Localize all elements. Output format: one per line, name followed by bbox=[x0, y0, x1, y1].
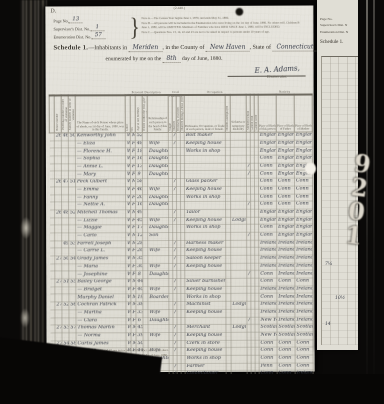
cell-b2: England bbox=[276, 140, 294, 148]
cell-name: — Emma bbox=[75, 187, 125, 195]
cell-fam bbox=[69, 271, 76, 279]
cell-dw: 51 bbox=[62, 279, 69, 287]
cell-hno: 262 bbox=[54, 133, 61, 141]
cell-hl bbox=[231, 317, 247, 325]
cell-occ: Keeping house bbox=[185, 286, 226, 294]
cell-hl bbox=[231, 209, 247, 217]
note-line: Note C.—Questions Nos. 13, 14, 22 and 23… bbox=[141, 29, 299, 34]
cell-b3: Conn bbox=[295, 340, 313, 348]
col-header-dw: Dwelling number in order of visitation bbox=[61, 95, 68, 133]
cell-b1: England bbox=[258, 148, 276, 156]
col-header-text: House number bbox=[56, 114, 59, 132]
cell-age: 46 bbox=[135, 186, 142, 194]
cell-name: — Norma bbox=[76, 333, 126, 341]
cell-b2: England bbox=[276, 155, 294, 163]
col-header-text: Widowed, Divorced bbox=[177, 107, 180, 131]
cell-name: — Nettie A. bbox=[76, 202, 126, 210]
cell-hno bbox=[55, 264, 62, 272]
cell-hno bbox=[55, 194, 62, 202]
cell-fam: 50 bbox=[68, 133, 75, 141]
cell-name: — Maggie bbox=[76, 225, 126, 233]
cell-occ: Works in shop bbox=[185, 225, 226, 233]
cell-occ: Keeping house bbox=[184, 140, 225, 148]
cell-fam: 55 bbox=[69, 279, 76, 287]
cell-rel: Daughter bbox=[147, 171, 168, 179]
cell-b2: Ireland bbox=[277, 301, 295, 309]
col-header-text: If born within the year, give month bbox=[143, 97, 148, 131]
cell-dw bbox=[61, 187, 68, 195]
next-page-title: Schedule 1. bbox=[320, 40, 343, 45]
cell-age: 49 bbox=[136, 210, 143, 218]
cell-dw bbox=[62, 217, 69, 225]
cell-b1: Ireland bbox=[259, 309, 277, 317]
cell-hno: 268 bbox=[55, 210, 62, 218]
film-scratch bbox=[366, 0, 368, 404]
cell-rel: Wife bbox=[148, 248, 169, 256]
cell-rel bbox=[148, 302, 169, 310]
cell-name: Farrell Joseph bbox=[76, 240, 126, 248]
cell-hno bbox=[54, 187, 61, 195]
cell-dw: 47 bbox=[61, 179, 68, 187]
cell-name: — Florence H. bbox=[75, 148, 125, 156]
cell-b1: England bbox=[259, 209, 277, 217]
cell-b3: England bbox=[294, 132, 312, 140]
cell-name: Thomas Martin bbox=[76, 325, 126, 333]
census-scan-screen: D. (2-448.) Page No. 13Supervisor's Dist… bbox=[0, 0, 384, 404]
cell-age: 13 bbox=[135, 163, 142, 171]
cell-age: 52 bbox=[135, 133, 142, 141]
cell-age: 19 bbox=[136, 294, 143, 302]
cell-b1: Penn bbox=[259, 363, 277, 371]
cell-b1: Conn bbox=[259, 340, 277, 348]
cell-rel bbox=[147, 133, 168, 141]
cell-hno bbox=[55, 271, 62, 279]
cell-b2: Ireland bbox=[277, 240, 295, 248]
cell-fam bbox=[69, 287, 76, 295]
cell-hl: Lodging house bbox=[231, 324, 247, 332]
cell-fam bbox=[68, 156, 75, 164]
cell-hno bbox=[55, 233, 62, 241]
film-flaw-blob bbox=[305, 162, 316, 175]
cell-fam bbox=[69, 217, 76, 225]
cell-age: 16 bbox=[136, 202, 143, 210]
cell-b3: Scotland bbox=[295, 324, 313, 332]
table-body: 2624650Kenworthy JohnWM52/Bolt makerEngl… bbox=[49, 132, 313, 379]
cell-age: 33 bbox=[136, 309, 143, 317]
cell-hl bbox=[230, 163, 246, 171]
cell-b3: Conn bbox=[295, 363, 313, 371]
cell-rel: Wife bbox=[148, 332, 169, 340]
cell-hl bbox=[231, 271, 247, 279]
cell-dw bbox=[62, 333, 69, 341]
district-label: Page No. bbox=[53, 18, 68, 23]
cell-b1: Conn bbox=[259, 224, 277, 232]
cell-occ: Harness maker bbox=[185, 240, 226, 248]
cell-b1: England bbox=[258, 140, 276, 148]
cell-dw bbox=[61, 148, 68, 156]
cell-occ bbox=[185, 271, 226, 279]
cell-occ: Keeping house bbox=[184, 186, 225, 194]
cell-fam bbox=[68, 171, 75, 179]
cell-fam bbox=[69, 294, 76, 302]
district-label: Supervisor's Dist. No. bbox=[53, 26, 90, 31]
cell-b3: England bbox=[295, 224, 313, 232]
cell-hl bbox=[231, 294, 247, 302]
cell-dw bbox=[62, 310, 69, 318]
cell-occ bbox=[184, 155, 225, 163]
cell-rel bbox=[148, 240, 169, 248]
cell-hno bbox=[55, 225, 62, 233]
next-page-head-line: Enumeration Dist. N bbox=[320, 29, 358, 35]
cell-hno bbox=[55, 333, 62, 341]
cell-hno bbox=[55, 317, 62, 325]
cell-fam bbox=[69, 333, 76, 341]
cell-b1: Conn bbox=[259, 232, 277, 240]
cell-b1: Conn bbox=[258, 186, 276, 194]
cell-b1: Conn bbox=[258, 163, 276, 171]
cell-name: Murphy Daniel bbox=[76, 294, 126, 302]
cell-dw bbox=[62, 248, 69, 256]
cell-name: — Annie L. bbox=[75, 163, 125, 171]
printed-notes: Note A.—The Census Year begins June 1, 1… bbox=[141, 16, 299, 35]
cell-occ: Silver burnisher bbox=[185, 278, 226, 286]
col-header-text: Married bbox=[173, 121, 176, 131]
col-header-text: Dwelling number in order of visitation bbox=[62, 97, 69, 131]
film-scratch bbox=[373, 0, 375, 404]
next-page-handwriting: 14 bbox=[325, 322, 331, 327]
cell-b1: Ireland bbox=[259, 247, 277, 255]
cell-b2: Conn bbox=[276, 178, 294, 186]
cell-hl bbox=[230, 140, 246, 148]
form-number: (2-448.) bbox=[45, 6, 313, 11]
cell-hno bbox=[55, 294, 62, 302]
district-row: Enumeration Dist. No. 57 bbox=[53, 31, 127, 39]
cell-rel: Daughter bbox=[147, 148, 168, 156]
district-value: 13 bbox=[69, 16, 83, 23]
cell-dw bbox=[61, 171, 68, 179]
cell-b2: Conn bbox=[277, 340, 295, 348]
cell-name: Grady James bbox=[76, 256, 126, 264]
cell-hl bbox=[230, 186, 246, 194]
col-header-b1: Place of Birth of this person bbox=[258, 95, 276, 133]
cell-rel: Daughter bbox=[148, 202, 169, 210]
cell-fam bbox=[68, 164, 75, 172]
cell-b3: Ireland bbox=[295, 270, 313, 278]
cell-occ: Farmer bbox=[185, 363, 226, 371]
cell-b3: England bbox=[295, 209, 313, 217]
next-page-handwriting: 10½ bbox=[335, 296, 345, 301]
cell-name: Mitchell Thomas bbox=[76, 210, 126, 218]
cell-rel: Wife bbox=[148, 309, 169, 317]
cell-rel: Daughter bbox=[148, 317, 169, 325]
cell-b1: Ireland bbox=[259, 286, 277, 294]
cell-hl: Lodging house bbox=[231, 217, 247, 225]
cell-age: 17 bbox=[136, 225, 143, 233]
cell-fam bbox=[69, 194, 76, 202]
cell-occ: Works in shop bbox=[184, 148, 225, 156]
cell-hl bbox=[231, 240, 247, 248]
cell-occ: Glass packer bbox=[184, 178, 225, 186]
cell-hno bbox=[55, 217, 62, 225]
cell-age: 28 bbox=[136, 240, 143, 248]
cell-hno bbox=[55, 241, 62, 249]
cell-b2: Ireland bbox=[277, 247, 295, 255]
cell-b3: Ireland bbox=[295, 240, 313, 248]
cell-hl bbox=[230, 148, 246, 156]
col-header-hl: Sickness or temporary disability bbox=[230, 95, 246, 133]
cell-fam: 53 bbox=[69, 240, 76, 248]
cell-occ: Works in shop bbox=[185, 194, 226, 202]
next-page-header: Page No.Supervisor's Dist. NEnumeration … bbox=[320, 16, 358, 35]
cell-b2: Scotland bbox=[277, 324, 295, 332]
day-value: 8th bbox=[163, 55, 181, 63]
col-header-name: The Name of each Person whose place of a… bbox=[75, 95, 125, 133]
cell-age: 58 bbox=[135, 179, 142, 187]
cell-b2: Conn bbox=[276, 186, 294, 194]
cell-dw bbox=[62, 225, 69, 233]
cell-dw bbox=[61, 164, 68, 172]
cell-b1: Scotland bbox=[259, 324, 277, 332]
cell-hl bbox=[231, 232, 247, 240]
cell-name: — Maria bbox=[76, 263, 126, 271]
cell-b2: Ireland bbox=[277, 317, 295, 325]
cell-name: — Martha bbox=[76, 310, 126, 318]
cell-name: — Clara bbox=[76, 317, 126, 325]
cell-dw bbox=[62, 194, 69, 202]
next-page-handwriting: 7¼ bbox=[325, 262, 332, 267]
col-header-text: Single bbox=[169, 123, 172, 131]
col-header-b2: Place of Birth of Father bbox=[276, 95, 294, 133]
cell-age: 26 bbox=[136, 248, 143, 256]
cell-b3: Ireland bbox=[295, 309, 313, 317]
cell-b2: Ireland bbox=[277, 270, 295, 278]
col-header-text: Color bbox=[126, 124, 129, 131]
cell-age: 50 bbox=[136, 340, 143, 348]
cell-b2: Ireland bbox=[277, 255, 295, 263]
cell-hl bbox=[231, 278, 247, 286]
cell-name: — Carlo bbox=[76, 233, 126, 241]
cell-age: 20 bbox=[136, 194, 143, 202]
cell-age: 45 bbox=[136, 325, 143, 333]
col-header-b3: Place of Birth of Mother bbox=[294, 95, 312, 133]
cell-hno bbox=[55, 202, 62, 210]
cell-occ: Tailor bbox=[185, 209, 226, 217]
cell-fam: 52 bbox=[69, 210, 76, 218]
col-header-rel: Relationship of each person to the head … bbox=[147, 95, 168, 133]
cell-fam bbox=[69, 225, 76, 233]
cell-hno bbox=[54, 148, 61, 156]
cell-b1: Conn bbox=[259, 278, 277, 286]
cell-hno bbox=[55, 310, 62, 318]
cell-name: — Sophia bbox=[75, 156, 125, 164]
cell-hl bbox=[231, 255, 247, 263]
col-header-text: Months unemployed bbox=[226, 106, 229, 131]
cell-hl bbox=[231, 225, 247, 233]
cell-age: 35 bbox=[136, 256, 143, 264]
cell-b2: Conn bbox=[277, 278, 295, 286]
cell-b1: Conn bbox=[258, 155, 276, 163]
cell-b1: Conn bbox=[259, 201, 277, 209]
cell-rel: Wife bbox=[147, 186, 168, 194]
cell-dw bbox=[62, 294, 69, 302]
cell-fam bbox=[69, 202, 76, 210]
cell-age: 18 bbox=[135, 148, 142, 156]
cell-rel: Daughter bbox=[148, 271, 169, 279]
cell-hl bbox=[231, 194, 247, 202]
cell-b2: England bbox=[276, 132, 294, 140]
cell-b3: Conn bbox=[294, 178, 312, 186]
cell-b1: Conn bbox=[259, 194, 277, 202]
cell-name: — Carrie L. bbox=[76, 248, 126, 256]
census-table: House numberDwelling number in order of … bbox=[49, 94, 314, 380]
cell-age: 38 bbox=[136, 302, 143, 310]
cell-occ bbox=[184, 163, 225, 171]
district-block: Page No. 13Supervisor's Dist. No. 1Enume… bbox=[53, 15, 127, 39]
cell-name: Bailey George bbox=[76, 279, 126, 287]
cell-name: Kenworthy John bbox=[75, 133, 125, 141]
cell-age: 9 bbox=[135, 171, 142, 179]
cell-b3: Ireland bbox=[295, 247, 313, 255]
col-header-text: Cannot read bbox=[251, 116, 254, 131]
col-header-text: Sex bbox=[131, 127, 134, 132]
cell-b3: Scotland bbox=[295, 332, 313, 340]
cell-name: — Mary bbox=[75, 171, 125, 179]
cell-b2: England bbox=[276, 171, 294, 179]
cell-fam bbox=[69, 264, 76, 272]
state-value: Connecticut bbox=[272, 44, 317, 52]
col-header-mo: If born within the year, give month bbox=[142, 95, 147, 133]
cell-b2: England bbox=[276, 163, 294, 171]
cell-b3: Ireland bbox=[295, 317, 313, 325]
cell-dw: 49 bbox=[62, 241, 69, 249]
district-value: 1 bbox=[90, 24, 104, 31]
col-header-occ: Profession, Occupation, or Trade of each… bbox=[184, 95, 225, 133]
county-value: New Haven bbox=[206, 44, 249, 52]
table-header: House numberDwelling number in order of … bbox=[49, 95, 312, 133]
cell-hl bbox=[231, 332, 247, 340]
cell-b3: Conn bbox=[295, 194, 313, 202]
cell-age: 8 bbox=[136, 271, 143, 279]
schedule-label: Schedule 1. bbox=[53, 44, 88, 51]
cell-name: Cochran Patrick bbox=[76, 302, 126, 310]
cell-fam bbox=[69, 248, 76, 256]
cell-dw bbox=[62, 287, 69, 295]
cell-rel: Wife bbox=[148, 286, 169, 294]
cell-hl bbox=[230, 155, 246, 163]
cell-dw bbox=[62, 317, 69, 325]
cell-fam bbox=[69, 310, 76, 318]
cell-b1: Ireland bbox=[259, 255, 277, 263]
cell-hl bbox=[231, 340, 247, 348]
cell-b3: Ireland bbox=[295, 263, 313, 271]
cell-age: 12 bbox=[136, 233, 143, 241]
cell-b1: England bbox=[258, 132, 276, 140]
cell-rel: Daughter bbox=[147, 163, 168, 171]
col-header-fam: Family number in order of visitation bbox=[68, 95, 75, 133]
district-label: Enumeration Dist. No. bbox=[53, 34, 91, 39]
cell-rel bbox=[148, 256, 169, 264]
cell-name: — Eliza bbox=[75, 140, 125, 148]
cell-rel: Son bbox=[148, 232, 169, 240]
district-row: Page No. 13 bbox=[53, 15, 127, 23]
cell-b1: England bbox=[259, 217, 277, 225]
enumerated-line: enumerated by me on the 8th day of June,… bbox=[106, 55, 223, 62]
cell-b1: New York bbox=[259, 332, 277, 340]
cell-rel: Wife bbox=[147, 140, 168, 148]
cell-hno: 275 bbox=[55, 325, 62, 333]
cell-b2: England bbox=[277, 224, 295, 232]
cell-b2: Conn bbox=[277, 194, 295, 202]
cell-age: 6 bbox=[136, 317, 143, 325]
cell-b1: Conn bbox=[259, 294, 277, 302]
cell-age: 48 bbox=[135, 140, 142, 148]
brace-glyph: } bbox=[129, 12, 140, 42]
cell-occ: Saloon keeper bbox=[185, 255, 226, 263]
cell-occ: Works in shop bbox=[185, 294, 226, 302]
cell-hl bbox=[231, 201, 247, 209]
cell-b2: Ireland bbox=[277, 263, 295, 271]
cell-b3: England bbox=[294, 147, 312, 155]
cell-occ: Keeping house bbox=[185, 332, 226, 340]
cell-rel bbox=[148, 279, 169, 287]
cell-rel: Wife bbox=[148, 263, 169, 271]
cell-b3: Ireland bbox=[295, 286, 313, 294]
cell-occ: Keeping house bbox=[185, 263, 226, 271]
cell-b3: Ireland bbox=[295, 301, 313, 309]
cell-b2: Conn bbox=[277, 363, 295, 371]
ink-blot bbox=[235, 8, 243, 16]
cell-occ: Merchant bbox=[185, 325, 226, 333]
col-header-text: Age at last birthday bbox=[137, 108, 140, 132]
cell-occ: Clerk in store bbox=[185, 340, 226, 348]
cell-occ: Bolt maker bbox=[184, 132, 225, 140]
cell-b3: Conn bbox=[295, 201, 313, 209]
cell-dw bbox=[61, 156, 68, 164]
cell-fam bbox=[68, 187, 75, 195]
cell-occ bbox=[185, 232, 226, 240]
cell-b3: England bbox=[294, 140, 312, 148]
place-value: Meriden bbox=[129, 44, 163, 52]
cell-b1: Conn bbox=[259, 271, 277, 279]
cell-hno bbox=[55, 248, 62, 256]
cell-b2: England bbox=[277, 217, 295, 225]
cell-hl bbox=[230, 132, 246, 140]
cell-hno: 270 bbox=[55, 256, 62, 264]
col-header-c4: Married during Census year bbox=[180, 95, 184, 133]
cell-age: 40 bbox=[136, 286, 143, 294]
cell-name: — Bridget bbox=[76, 286, 126, 294]
cell-b3: Ireland bbox=[295, 255, 313, 263]
cell-b1: New York bbox=[259, 317, 277, 325]
cell-hl bbox=[231, 248, 247, 256]
cell-fam bbox=[69, 233, 76, 241]
cell-fam: 57 bbox=[69, 325, 76, 333]
district-row: Supervisor's Dist. No. 1 bbox=[53, 23, 127, 31]
census-page: D. (2-448.) Page No. 13Supervisor's Dist… bbox=[45, 6, 314, 373]
cell-hno bbox=[54, 156, 61, 164]
cell-b3: England bbox=[295, 232, 313, 240]
cell-hno bbox=[54, 164, 61, 172]
cell-rel: Daughter bbox=[148, 225, 169, 233]
cell-fam: 56 bbox=[69, 302, 76, 310]
cell-b1: Conn bbox=[258, 178, 276, 186]
cell-b3: Conn bbox=[295, 278, 313, 286]
header-row: House numberDwelling number in order of … bbox=[49, 95, 312, 133]
cell-hno bbox=[54, 171, 61, 179]
cell-fam bbox=[68, 141, 75, 149]
cell-occ bbox=[185, 202, 226, 210]
cell-b2: Conn bbox=[277, 201, 295, 209]
